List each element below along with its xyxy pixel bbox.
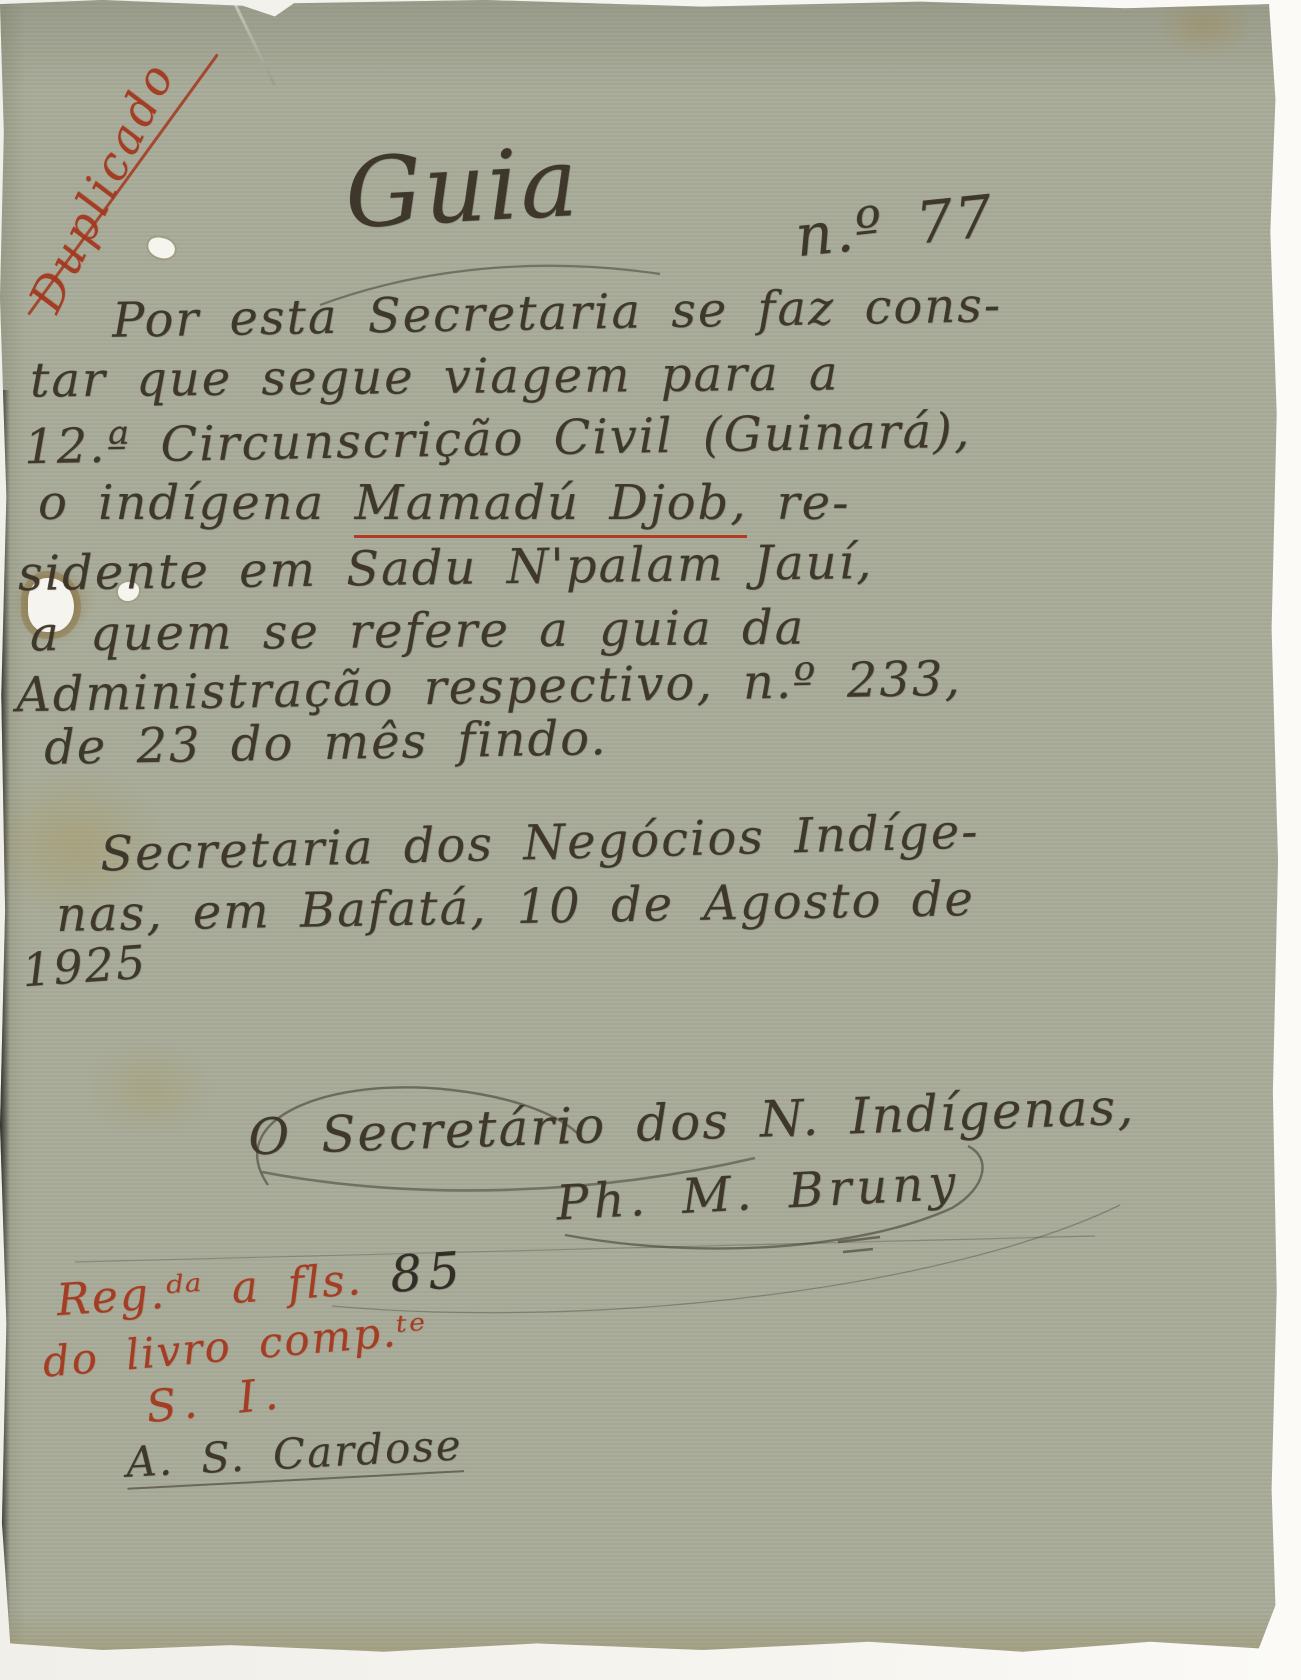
dateline-year: 1925 — [20, 938, 148, 995]
paper-left-edge-shadow — [0, 390, 10, 1655]
body-line-text: o indígena — [38, 475, 354, 531]
document-number: n.º 77 — [792, 186, 997, 267]
indigena-name-underlined-red: Mamadú Djob, — [354, 475, 747, 538]
paper-crease — [231, 0, 276, 86]
body-line: tar que segue viagem para a — [30, 348, 840, 405]
paper-hole — [146, 235, 177, 260]
paper-sheet: Duplicado Guia n.º 77 Por esta Secretari… — [0, 0, 1278, 1655]
body-line: de 23 do mês findo. — [44, 713, 608, 773]
body-line: Administração respectivo, n.º 233, — [16, 654, 962, 721]
document-title: Guia — [343, 132, 582, 245]
clerk-signature: A. S. Cardose — [125, 1423, 464, 1490]
body-line: sidente em Sadu N'palam Jauí, — [18, 537, 874, 599]
body-line: Por esta Secretaria se faz cons- — [112, 280, 1003, 346]
scanned-document: Duplicado Guia n.º 77 Por esta Secretari… — [0, 0, 1301, 1680]
body-line: 12.ª Circunscrição Civil (Guinará), — [24, 406, 972, 473]
closing-office-line: O Secretário dos N. Indígenas, — [247, 1081, 1135, 1164]
body-line: o indígena Mamadú Djob, re- — [38, 478, 850, 528]
dateline: nas, em Bafatá, 10 de Agosto de — [56, 874, 976, 940]
dateline: Secretaria dos Negócios Indíge- — [99, 806, 980, 879]
registry-initials: S. I. — [144, 1371, 288, 1432]
body-line: a quem se refere a guia da — [30, 603, 806, 660]
official-signature: Ph. M. Bruny — [555, 1157, 962, 1228]
body-line-text: re- — [747, 475, 850, 531]
folio-number: 85 — [388, 1241, 467, 1304]
